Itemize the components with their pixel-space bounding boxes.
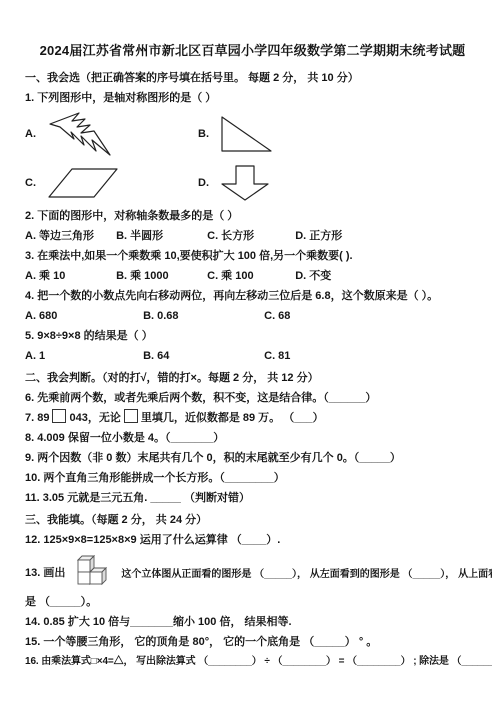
q4-options: A. 680 B. 0.68 C. 68 bbox=[25, 306, 492, 326]
q2-option-b: B. 半圆形 bbox=[116, 226, 204, 246]
blank-box bbox=[124, 409, 138, 423]
q1-option-d: D. bbox=[198, 165, 371, 201]
q5-option-c: C. 81 bbox=[264, 346, 290, 366]
q4-option-b: B. 0.68 bbox=[143, 306, 261, 326]
question-2: 2. 下面的图形中，对称轴条数最多的是（ ） bbox=[25, 206, 492, 226]
right-triangle-icon bbox=[221, 116, 273, 153]
q2-option-a: A. 等边三角形 bbox=[25, 226, 113, 246]
option-b-label: B. bbox=[198, 128, 209, 140]
section-three-heading: 三、我能填。（每题 2 分， 共 24 分） bbox=[25, 510, 492, 530]
q5-option-a: A. 1 bbox=[25, 346, 140, 366]
question-13-line2: 是 （_____）。 bbox=[25, 592, 492, 612]
q2-options: A. 等边三角形 B. 半圆形 C. 长方形 D. 正方形 bbox=[25, 226, 492, 246]
q3-option-d: D. 不变 bbox=[295, 266, 331, 286]
question-9: 9. 两个因数（非 0 数）末尾共有几个 0，积的末尾就至少有几个 0。（___… bbox=[25, 448, 492, 468]
q7-text-part1: 7. 89 bbox=[25, 412, 49, 424]
question-16: 16. 由乘法算式□×4=△， 写出除法算式 （________） ÷ （___… bbox=[25, 652, 492, 672]
option-c-label: C. bbox=[25, 177, 36, 189]
q5-options: A. 1 B. 64 C. 81 bbox=[25, 346, 492, 366]
question-1: 1. 下列图形中，是轴对称图形的是（ ） bbox=[25, 88, 492, 108]
option-d-label: D. bbox=[198, 177, 209, 189]
question-4: 4. 把一个数的小数点先向右移动两位，再向左移动三位后是 6.8，这个数原来是（… bbox=[25, 286, 492, 306]
section-one-heading: 一、我会选（把正确答案的序号填在括号里。 每题 2 分， 共 10 分） bbox=[25, 68, 492, 88]
q2-option-d: D. 正方形 bbox=[295, 226, 342, 246]
question-6: 6. 先乘前两个数，或者先乘后两个数，积不变，这是结合律。（______） bbox=[25, 388, 492, 408]
q3-option-c: C. 乘 100 bbox=[207, 266, 292, 286]
section-two-heading: 二、我会判断。（对的打√，错的打×。每题 2 分， 共 12 分） bbox=[25, 368, 492, 388]
q13-prefix-text: 13. 画出 bbox=[25, 564, 65, 580]
q7-text-part3: 里填几，近似数都是 89 万。 （___） bbox=[141, 412, 324, 424]
question-8: 8. 4.009 保留一位小数是 4。（_______） bbox=[25, 428, 492, 448]
down-arrow-icon bbox=[221, 165, 269, 201]
q4-option-a: A. 680 bbox=[25, 306, 140, 326]
q7-text-part2: 043，无论 bbox=[69, 412, 120, 424]
q1-option-c: C. bbox=[25, 168, 198, 198]
q3-option-b: B. 乘 1000 bbox=[116, 266, 204, 286]
question-7: 7. 89043，无论里填几，近似数都是 89 万。 （___） bbox=[25, 408, 492, 428]
question-5: 5. 9×8÷9×8 的结果是（ ） bbox=[25, 326, 492, 346]
page-title: 2024届江苏省常州市新北区百草园小学四年级数学第二学期期末统考试题 bbox=[13, 42, 492, 60]
q1-option-b: B. bbox=[198, 116, 371, 153]
q4-option-c: C. 68 bbox=[264, 306, 290, 326]
question-12: 12. 125×9×8=125×8×9 运用了什么运算律 （____）. bbox=[25, 530, 492, 550]
question-15: 15. 一个等腰三角形， 它的顶角是 80°， 它的一个底角是 （_____） … bbox=[25, 632, 492, 652]
lightning-bolt-icon bbox=[48, 111, 114, 157]
q2-option-c: C. 长方形 bbox=[207, 226, 292, 246]
q1-shape-row-1: A. B. bbox=[25, 108, 492, 160]
parallelogram-icon bbox=[48, 168, 118, 198]
q3-options: A. 乘 10 B. 乘 1000 C. 乘 100 D. 不变 bbox=[25, 266, 492, 286]
option-a-label: A. bbox=[25, 128, 36, 140]
question-11: 11. 3.05 元就是三元五角. _____ （判断对错） bbox=[25, 488, 492, 508]
question-14: 14. 0.85 扩大 10 倍与_______缩小 100 倍， 结果相等. bbox=[25, 612, 492, 632]
question-10: 10. 两个直角三角形能拼成一个长方形。（________） bbox=[25, 468, 492, 488]
q13-suffix-text: 这个立体图从正面看的图形是 （_____）， 从左面看到的图形是 （_____）… bbox=[121, 565, 492, 580]
blank-box bbox=[52, 409, 66, 423]
exam-paper-page: 2024届江苏省常州市新北区百草园小学四年级数学第二学期期末统考试题 一、我会选… bbox=[0, 0, 500, 707]
q1-shape-row-2: C. D. bbox=[25, 160, 492, 206]
q3-option-a: A. 乘 10 bbox=[25, 266, 113, 286]
question-13: 13. 画出 这个立体图从正面看的图形是 （_____）， 从左面看到的图形是 … bbox=[25, 554, 492, 590]
q5-option-b: B. 64 bbox=[143, 346, 261, 366]
q1-option-a: A. bbox=[25, 111, 198, 157]
question-3: 3. 在乘法中,如果一个乘数乘 10,要使积扩大 100 倍,另一个乘数要( )… bbox=[25, 246, 492, 266]
cubes-figure-icon bbox=[73, 554, 113, 590]
